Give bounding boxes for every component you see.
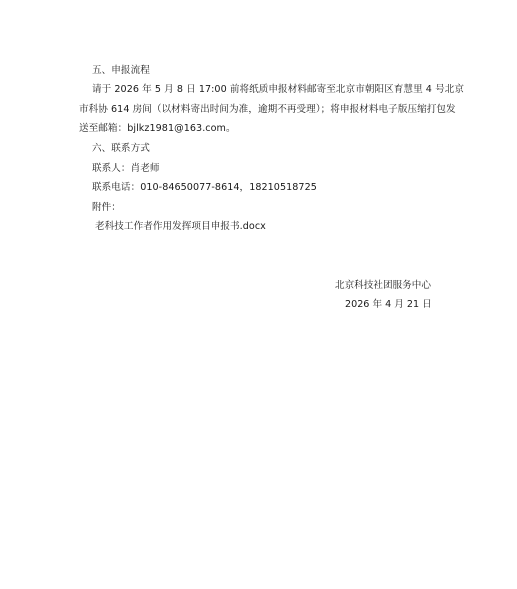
contact-phone: 联系电话：010-84650077-8614，18210518725 (92, 181, 317, 195)
section-heading-process: 五、申报流程 (92, 64, 150, 78)
process-paragraph-line-1: 请于 2026 年 5 月 8 日 17:00 前将纸质申报材料邮寄至北京市朝阳… (92, 83, 464, 97)
signature-organization: 北京科技社团服务中心 (335, 279, 431, 293)
attachment-file-link[interactable]: 老科技工作者作用发挥项目申报书.docx (95, 220, 266, 234)
attachment-label: 附件： (92, 201, 121, 215)
document-page: 五、申报流程 请于 2026 年 5 月 8 日 17:00 前将纸质申报材料邮… (0, 0, 517, 589)
contact-person: 联系人：肖老师 (92, 162, 160, 176)
section-heading-contact: 六、联系方式 (92, 142, 150, 156)
signature-date: 2026 年 4 月 21 日 (345, 298, 432, 312)
process-paragraph-line-3: 送至邮箱：bjlkz1981@163.com。 (79, 122, 236, 136)
process-paragraph-line-2: 市科协 614 房间（以材料寄出时间为准，逾期不再受理）；将申报材料电子版压缩打… (79, 103, 456, 117)
